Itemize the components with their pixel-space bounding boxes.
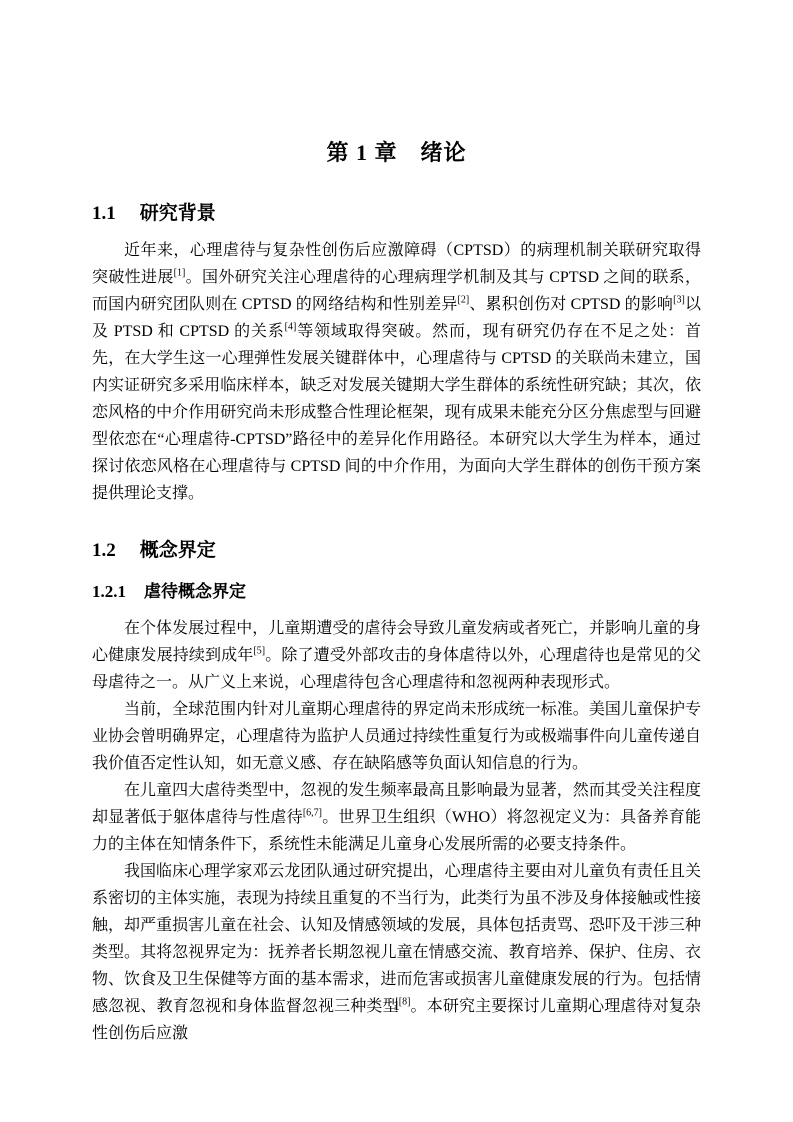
citation-ref: [2] bbox=[458, 295, 470, 306]
page-content: 第 1 章 绪论 1.1研究背景 近年来，心理虐待与复杂性创伤后应激障碍（CPT… bbox=[92, 0, 701, 1047]
text-run: 当前，全球范围内针对儿童期心理虐待的界定尚未形成统一标准。美国儿童保护专业协会曾… bbox=[92, 701, 701, 772]
page-number: 1 bbox=[0, 998, 793, 1016]
section-number: 1.1 bbox=[92, 203, 116, 224]
body-paragraph: 我国临床心理学家邓云龙团队通过研究提出，心理虐待主要由对儿童负有责任且关系密切的… bbox=[92, 858, 701, 1047]
subsection-heading-1-2-1: 1.2.1虐待概念界定 bbox=[92, 579, 701, 605]
chapter-title: 第 1 章 绪论 bbox=[92, 138, 701, 168]
text-run: 我国临床心理学家邓云龙团队通过研究提出，心理虐待主要由对儿童负有责任且关系密切的… bbox=[92, 863, 701, 1015]
body-paragraph: 在儿童四大虐待类型中，忽视的发生频率最高且影响最为显著，然而其受关注程度却显著低… bbox=[92, 777, 701, 858]
body-paragraph: 当前，全球范围内针对儿童期心理虐待的界定尚未形成统一标准。美国儿童保护专业协会曾… bbox=[92, 696, 701, 777]
text-run: 、累积创伤对 CPTSD 的影响 bbox=[469, 296, 673, 313]
citation-ref: [6,7] bbox=[303, 808, 322, 819]
subsection-number: 1.2.1 bbox=[92, 582, 126, 601]
body-paragraph: 近年来，心理虐待与复杂性创伤后应激障碍（CPTSD）的病理机制关联研究取得突破性… bbox=[92, 237, 701, 507]
section-label: 研究背景 bbox=[140, 203, 216, 224]
citation-ref: [5] bbox=[253, 646, 265, 657]
citation-ref: [4] bbox=[285, 322, 297, 333]
section-number: 1.2 bbox=[92, 540, 116, 561]
section-label: 概念界定 bbox=[140, 540, 216, 561]
body-paragraph: 在个体发展过程中，儿童期遭受的虐待会导致儿童发病或者死亡，并影响儿童的身心健康发… bbox=[92, 615, 701, 696]
subsection-label: 虐待概念界定 bbox=[144, 582, 246, 601]
section-heading-1-1: 1.1研究背景 bbox=[92, 200, 701, 228]
citation-ref: [1] bbox=[174, 268, 186, 279]
document-page: 第 1 章 绪论 1.1研究背景 近年来，心理虐待与复杂性创伤后应激障碍（CPT… bbox=[0, 0, 793, 1122]
citation-ref: [3] bbox=[673, 295, 685, 306]
text-run: 等领域取得突破。然而，现有研究仍存在不足之处：首先，在大学生这一心理弹性发展关键… bbox=[92, 323, 701, 502]
section-heading-1-2: 1.2概念界定 bbox=[92, 537, 701, 565]
